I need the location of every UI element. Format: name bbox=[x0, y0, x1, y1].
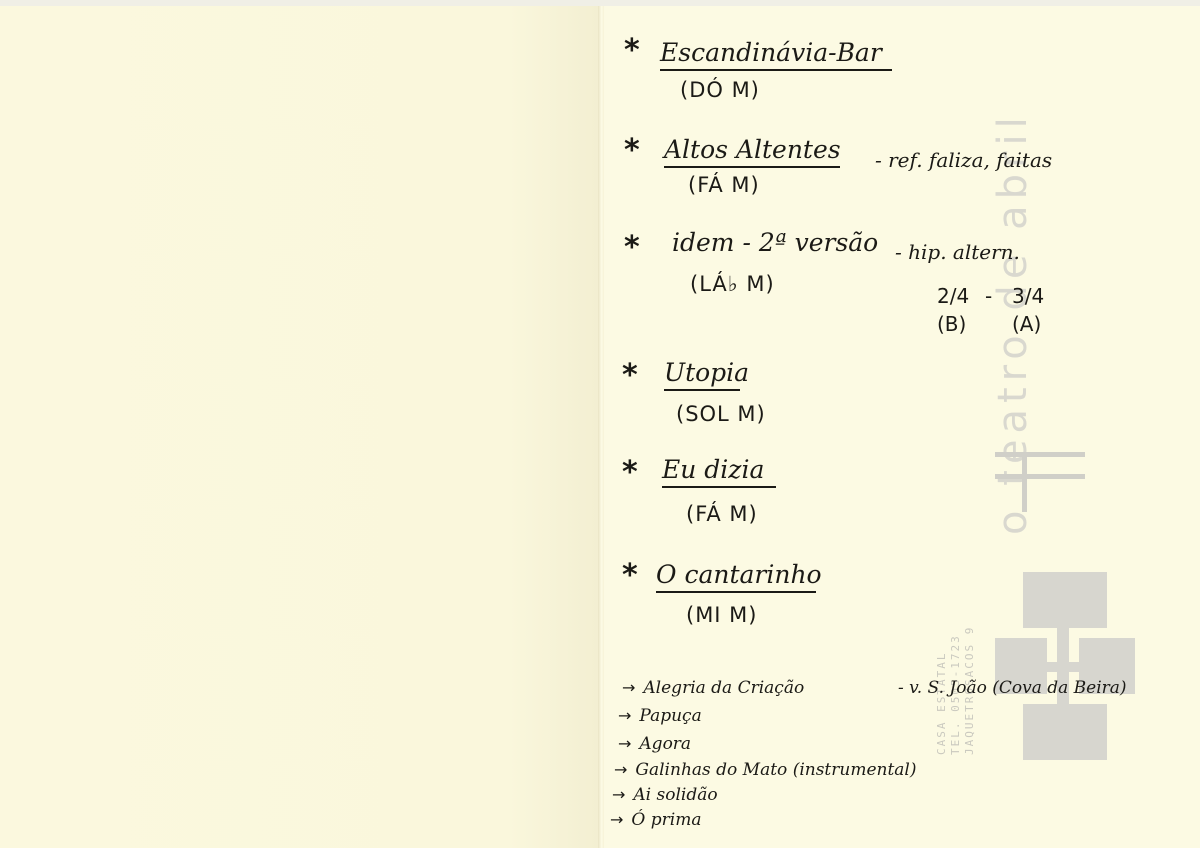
asterisk-icon: * bbox=[624, 33, 640, 68]
song-title: Eu dizia bbox=[662, 455, 776, 488]
arrow-icon: → bbox=[618, 734, 631, 753]
list-item: →Alegria da Criação bbox=[622, 678, 804, 698]
list-item: →Ai solidão bbox=[612, 785, 718, 805]
arrow-icon: → bbox=[614, 760, 627, 779]
song-title: Escandinávia-Bar bbox=[660, 38, 892, 71]
bleed-through-address: CASA ESTATAL TEL. 0505-1723 JAQUETROSACO… bbox=[935, 565, 995, 755]
arrow-icon: → bbox=[612, 785, 625, 804]
song-key: (LÁ♭ M) bbox=[690, 272, 775, 296]
asterisk-icon: * bbox=[622, 358, 638, 393]
song-key: (SOL M) bbox=[676, 402, 766, 426]
song-title: O cantarinho bbox=[656, 560, 816, 593]
asterisk-icon: * bbox=[624, 230, 640, 265]
asterisk-icon: * bbox=[622, 455, 638, 490]
time-separator: - bbox=[985, 284, 992, 308]
song-note: - ref. faliza, faitas bbox=[875, 148, 1052, 172]
song-key: (FÁ M) bbox=[686, 502, 758, 526]
bleed-through-bars bbox=[995, 452, 1085, 512]
asterisk-icon: * bbox=[622, 558, 638, 593]
list-item: →Agora bbox=[618, 734, 691, 754]
song-key: (DÓ M) bbox=[680, 78, 760, 102]
song-title: Altos Altentes bbox=[664, 135, 840, 168]
song-key: (MI M) bbox=[686, 603, 758, 627]
song-key: (FÁ M) bbox=[688, 173, 760, 197]
arrow-icon: → bbox=[618, 706, 631, 725]
asterisk-icon: * bbox=[624, 133, 640, 168]
list-item: →Papuça bbox=[618, 706, 702, 726]
song-title: idem - 2ª versão bbox=[672, 228, 878, 257]
bleed-through-logo-icon bbox=[995, 570, 1135, 760]
left-page-blank bbox=[0, 6, 598, 848]
list-item: →Galinhas do Mato (instrumental) bbox=[614, 760, 917, 780]
time-signature: 3/4 bbox=[1012, 284, 1044, 308]
arrow-icon: → bbox=[622, 678, 635, 697]
time-label: (B) bbox=[937, 312, 966, 336]
list-item: →Ó prima bbox=[610, 810, 701, 830]
time-signature: 2/4 bbox=[937, 284, 969, 308]
song-title: Utopia bbox=[664, 358, 740, 391]
list-item-note: - v. S. João (Cova da Beira) bbox=[898, 678, 1127, 698]
arrow-icon: → bbox=[610, 810, 623, 829]
song-note: - hip. altern. bbox=[895, 240, 1020, 264]
time-label: (A) bbox=[1012, 312, 1041, 336]
